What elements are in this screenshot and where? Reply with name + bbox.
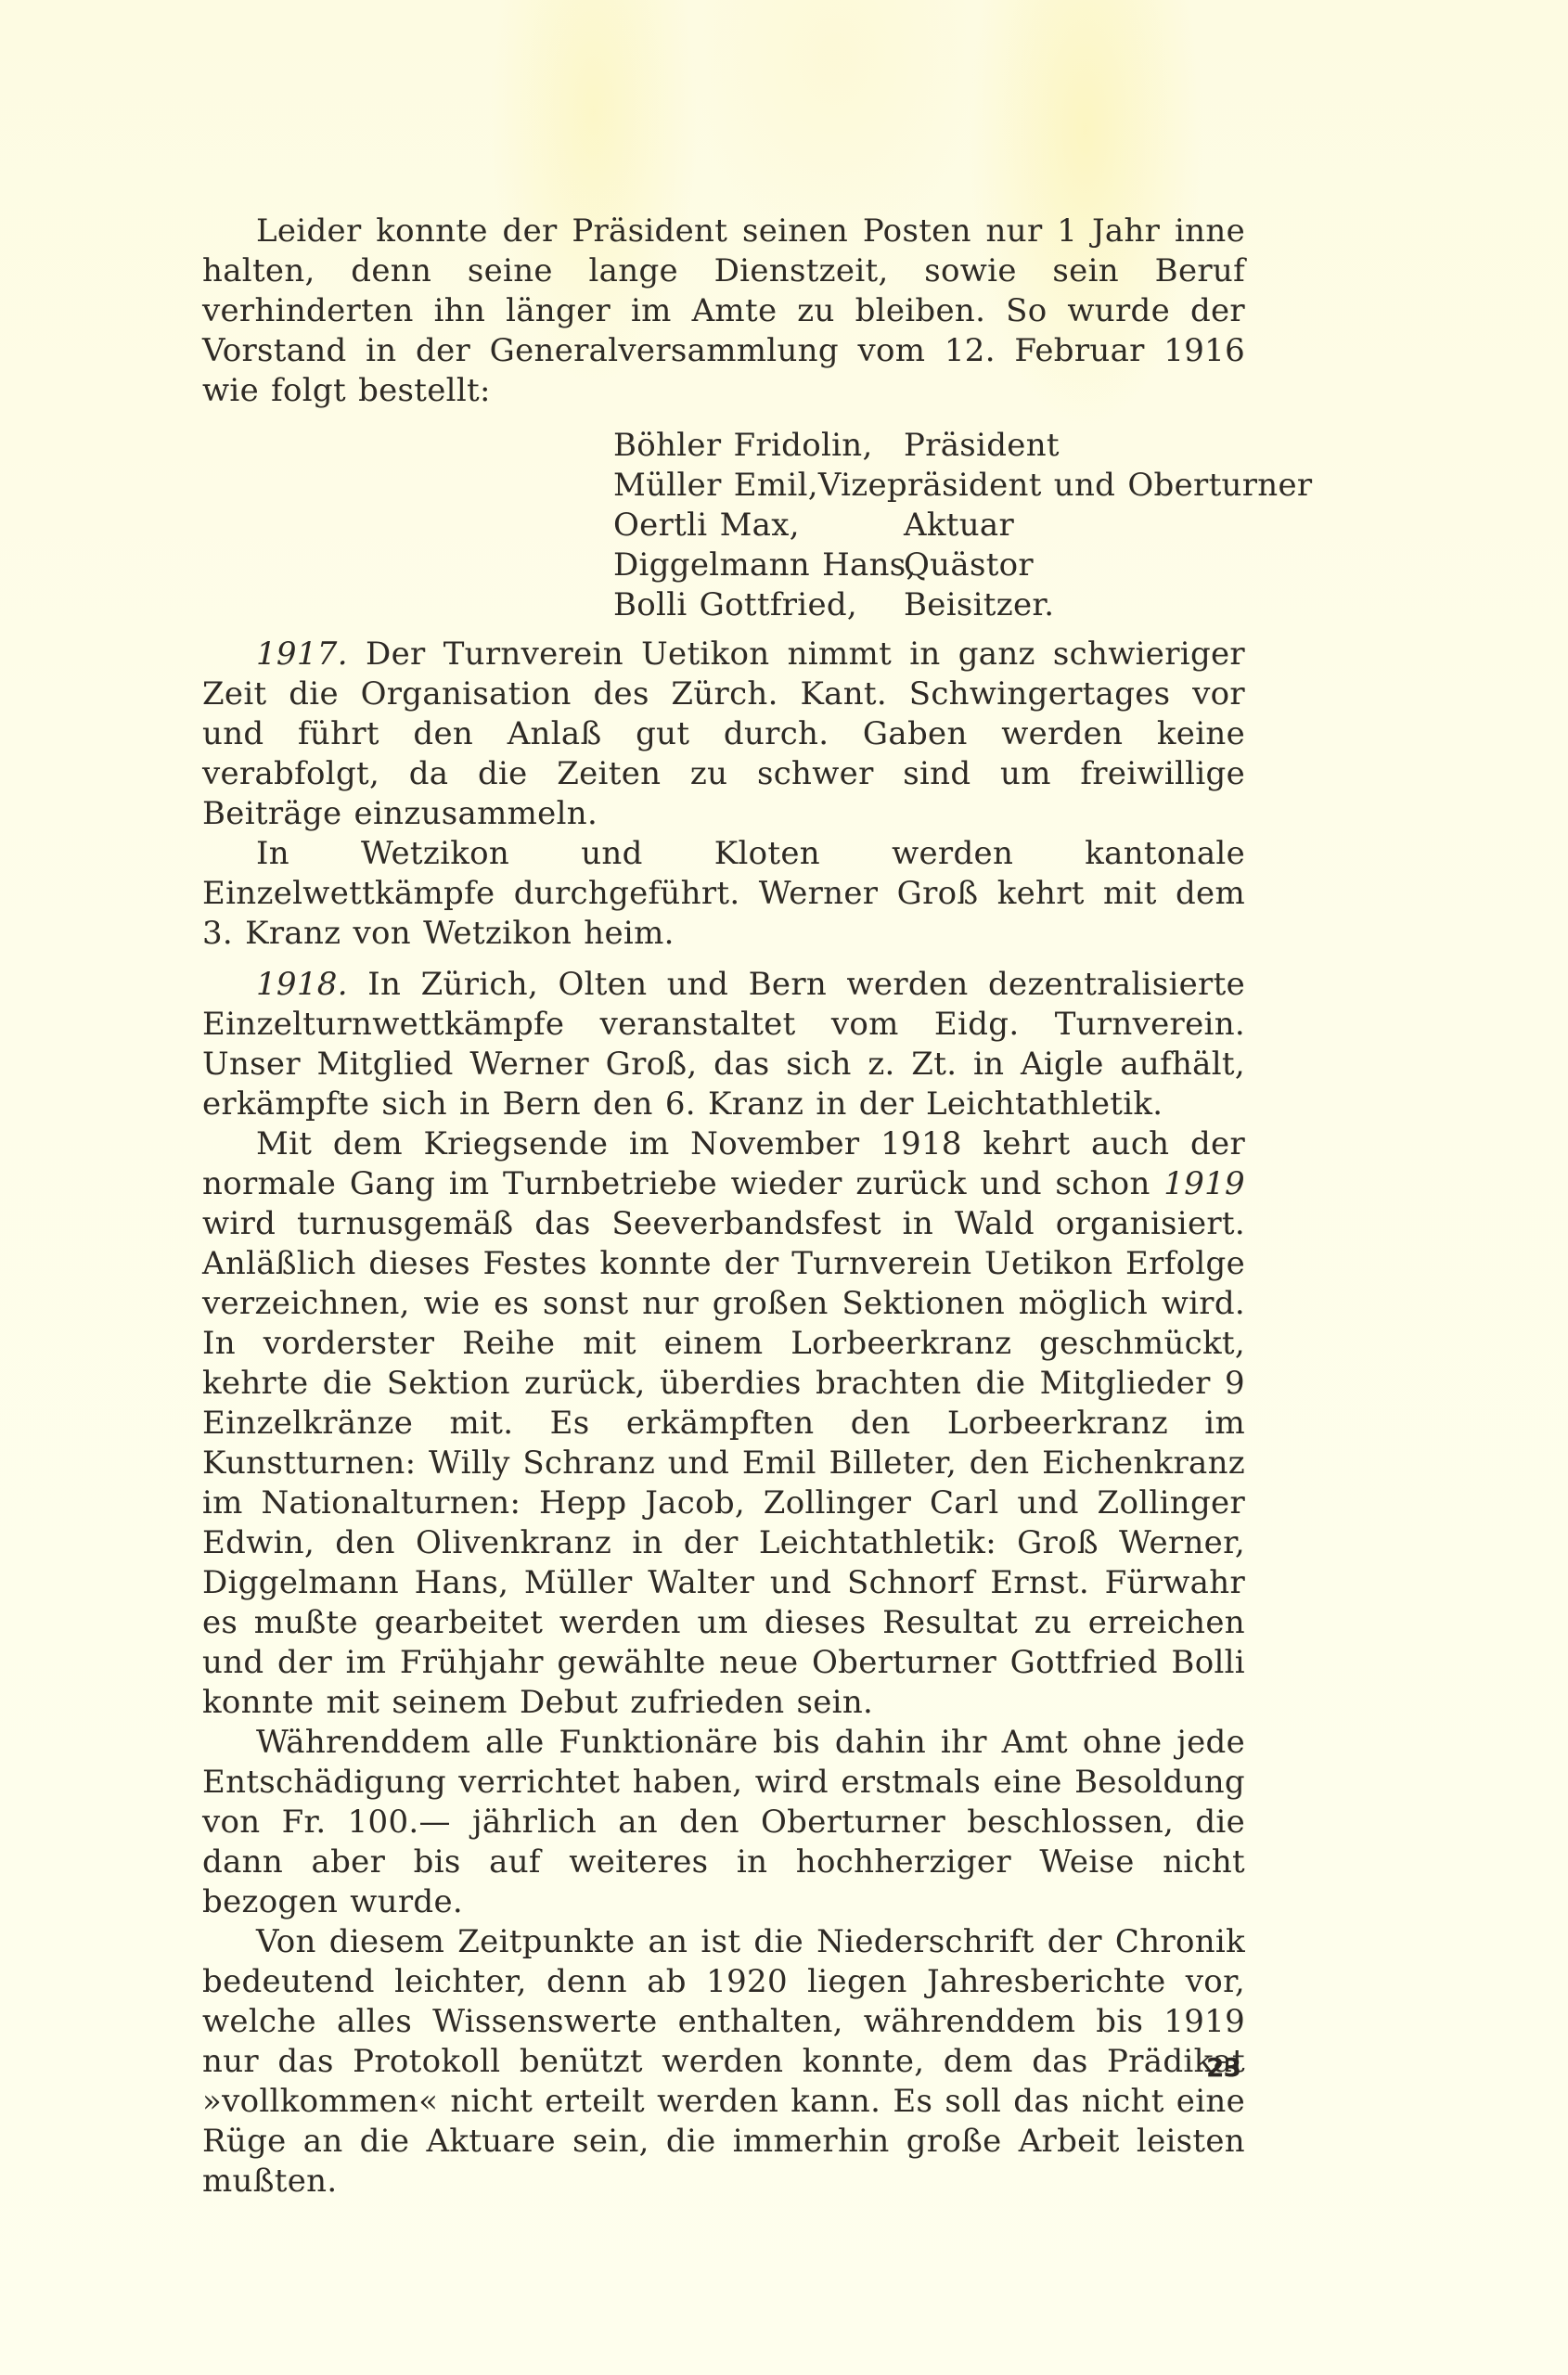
paragraph-text: wird turnusgemäß das Seeverbandsfest in …: [202, 1205, 1245, 1721]
officer-name: Bolli Gottfried,: [613, 585, 904, 625]
text-block: Leider konnte der Präsident seinen Poste…: [202, 212, 1245, 2202]
officer-row: Bolli Gottfried, Beisitzer.: [613, 585, 1245, 625]
officer-role: Vizepräsident und Oberturner: [818, 466, 1313, 506]
paragraph-1917-competitions: In Wetzikon und Kloten werden kantonale …: [202, 834, 1245, 954]
officer-name: Müller Emil,: [613, 466, 818, 506]
paragraph-text: Mit dem Kriegsende im November 1918 kehr…: [202, 1125, 1245, 1202]
year-label: 1917.: [256, 635, 348, 673]
officer-row: Böhler Fridolin, Präsident: [613, 426, 1245, 466]
officer-role: Beisitzer.: [904, 585, 1054, 625]
paragraph-1918: 1918. In Zürich, Olten und Bern werden d…: [202, 965, 1245, 1124]
paragraph-chronicle: Von diesem Zeitpunkte an ist die Nieders…: [202, 1922, 1245, 2202]
book-page: Leider konnte der Präsident seinen Poste…: [0, 0, 1568, 2375]
paragraph-1917: 1917. Der Turnverein Uetikon nimmt in ga…: [202, 635, 1245, 834]
officer-list: Böhler Fridolin, Präsident Müller Emil, …: [202, 426, 1245, 625]
officer-row: Oertli Max, Aktuar: [613, 506, 1245, 546]
officer-role: Quästor: [904, 546, 1034, 585]
year-label: 1918.: [256, 966, 348, 1003]
year-label: 1919: [1163, 1165, 1245, 1202]
paragraph-1919: Mit dem Kriegsende im November 1918 kehr…: [202, 1124, 1245, 1723]
officer-role: Präsident: [904, 426, 1060, 466]
officer-role: Aktuar: [904, 506, 1014, 546]
page-number: 23: [1206, 2052, 1240, 2083]
officer-name: Böhler Fridolin,: [613, 426, 904, 466]
paragraph-text: Der Turnverein Uetikon nimmt in ganz sch…: [202, 635, 1245, 832]
officer-row: Müller Emil, Vizepräsident und Oberturne…: [613, 466, 1245, 506]
officer-name: Oertli Max,: [613, 506, 904, 546]
intro-paragraph: Leider konnte der Präsident seinen Poste…: [202, 212, 1245, 411]
officer-name: Diggelmann Hans,: [613, 546, 904, 585]
officer-row: Diggelmann Hans, Quästor: [613, 546, 1245, 585]
paragraph-salary: Währenddem alle Funktionäre bis dahin ih…: [202, 1723, 1245, 1922]
paragraph-text: In Zürich, Olten und Bern werden dezentr…: [202, 966, 1245, 1123]
